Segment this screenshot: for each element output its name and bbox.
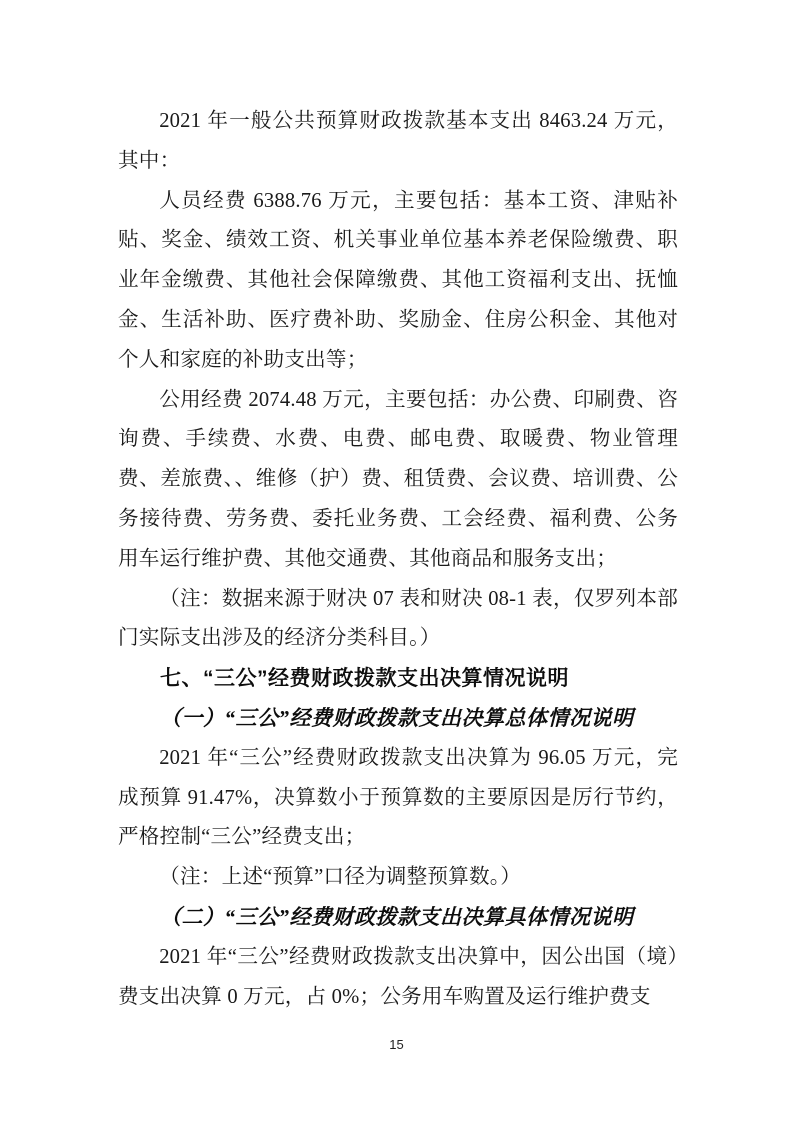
heading-subsection-one: （一）“三公”经费财政拨款支出决算总体情况说明 <box>118 699 678 739</box>
document-body: 2021 年一般公共预算财政拨款基本支出 8463.24 万元，其中： 人员经费… <box>118 102 678 1017</box>
heading-subsection-two: （二）“三公”经费财政拨款支出决算具体情况说明 <box>118 898 678 938</box>
para-three-public-details: 2021 年“三公”经费财政拨款支出决算中，因公出国（境）费支出决算 0 万元，… <box>118 938 678 1018</box>
para-note-budget-caliber: （注：上述“预算”口径为调整预算数。） <box>118 858 678 898</box>
para-note-data-source: （注：数据来源于财决 07 表和财决 08-1 表，仅罗列本部门实际支出涉及的经… <box>118 580 678 660</box>
para-basic-expenditure: 2021 年一般公共预算财政拨款基本支出 8463.24 万元，其中： <box>118 102 678 182</box>
para-public-expenses: 公用经费 2074.48 万元，主要包括：办公费、印刷费、咨询费、手续费、水费、… <box>118 381 678 580</box>
para-three-public-overview: 2021 年“三公”经费财政拨款支出决算为 96.05 万元，完成预算 91.4… <box>118 739 678 858</box>
page-number: 15 <box>0 1037 793 1052</box>
document-page: 2021 年一般公共预算财政拨款基本支出 8463.24 万元，其中： 人员经费… <box>0 0 793 1122</box>
para-personnel-expenses: 人员经费 6388.76 万元，主要包括：基本工资、津贴补贴、奖金、绩效工资、机… <box>118 182 678 381</box>
heading-section-seven: 七、“三公”经费财政拨款支出决算情况说明 <box>118 659 678 699</box>
